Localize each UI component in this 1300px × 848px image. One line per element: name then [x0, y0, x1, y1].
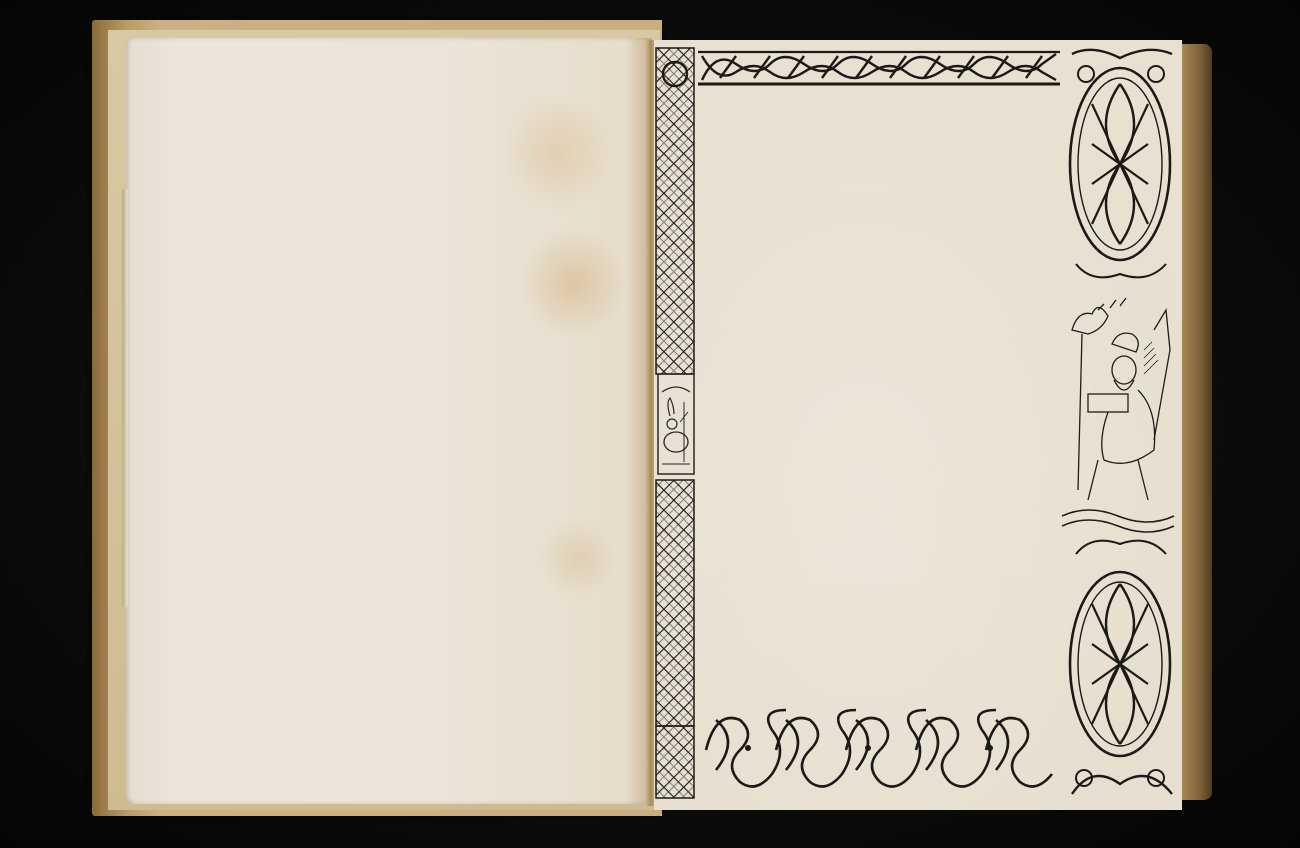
bottom-knotwork-border: [696, 690, 1062, 804]
top-knotwork-border: [696, 44, 1062, 90]
blank-text-area: [700, 96, 1056, 686]
seated-king-woodcut-icon: [1058, 290, 1178, 538]
left-page-flyleaf: [126, 38, 652, 804]
hare-woodcut-icon: [656, 372, 696, 476]
